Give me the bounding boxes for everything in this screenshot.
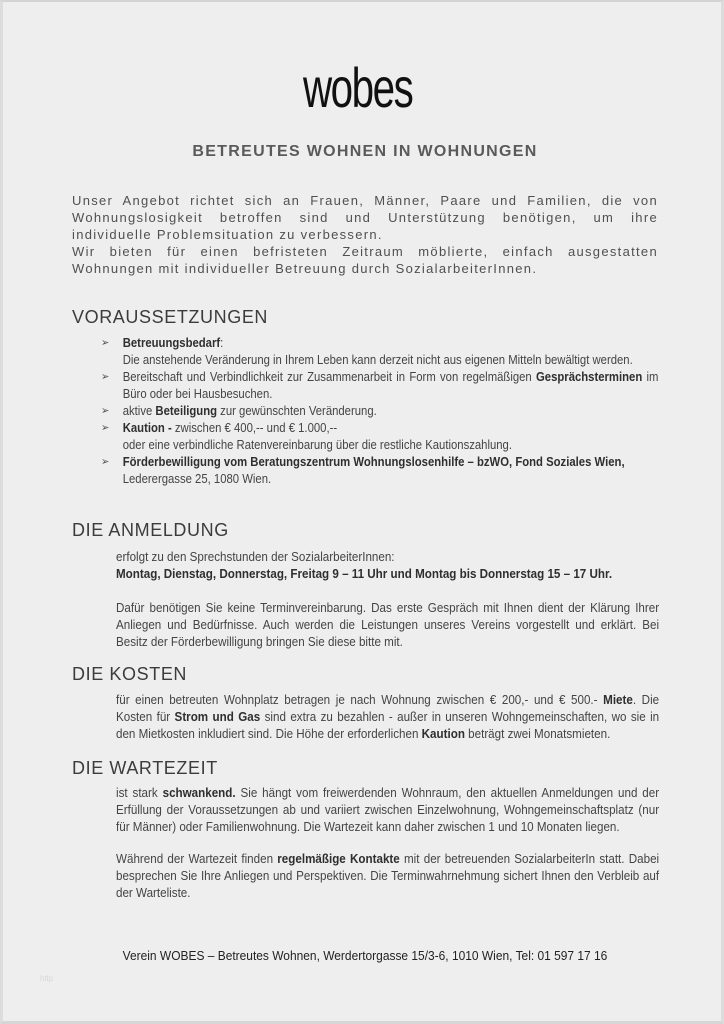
arrow-bullet-icon: ➢ bbox=[101, 403, 109, 420]
item-text: zur gewünschten Veränderung. bbox=[217, 404, 377, 418]
item-line2: oder eine verbindliche Ratenvereinbarung… bbox=[123, 438, 512, 452]
item-pre: Bereitschaft und Verbindlichkeit zur Zus… bbox=[123, 370, 536, 384]
item-text: : bbox=[220, 336, 223, 350]
bold-text: Miete bbox=[603, 693, 633, 707]
bold-text: Strom und Gas bbox=[175, 710, 261, 724]
intro-paragraph-2: Wir bieten für einen befristeten Zeitrau… bbox=[72, 243, 658, 277]
text: für einen betreuten Wohnplatz betragen j… bbox=[116, 693, 603, 707]
wartezeit-section: ist stark schwankend. Sie hängt vom frei… bbox=[116, 785, 659, 902]
kosten-section: für einen betreuten Wohnplatz betragen j… bbox=[116, 692, 659, 743]
faint-watermark: http bbox=[40, 974, 53, 983]
requirements-list: ➢ Betreuungsbedarf: Die anstehende Verän… bbox=[101, 335, 658, 488]
wartezeit-paragraph-1: ist stark schwankend. Sie hängt vom frei… bbox=[116, 785, 659, 836]
wartezeit-paragraph-2: Während der Wartezeit finden regelmäßige… bbox=[116, 851, 659, 902]
logo-text: wobes bbox=[303, 56, 412, 119]
arrow-bullet-icon: ➢ bbox=[101, 420, 109, 437]
heading-kosten: DIE KOSTEN bbox=[72, 664, 187, 685]
heading-anmeldung: DIE ANMELDUNG bbox=[72, 520, 229, 541]
kosten-paragraph: für einen betreuten Wohnplatz betragen j… bbox=[116, 692, 659, 743]
arrow-bullet-icon: ➢ bbox=[101, 454, 109, 471]
footer-contact: Verein WOBES – Betreutes Wohnen, Werdert… bbox=[32, 948, 698, 963]
bold-text: Kaution bbox=[422, 727, 465, 741]
list-item: ➢ Bereitschaft und Verbindlichkeit zur Z… bbox=[101, 369, 658, 403]
bold-text: schwankend. bbox=[163, 786, 236, 800]
intro-paragraph-1: Unser Angebot richtet sich an Frauen, Mä… bbox=[72, 192, 658, 243]
anmeldung-section: erfolgt zu den Sprechstunden der Soziala… bbox=[116, 549, 659, 651]
item-text: zwischen € 400,-- und € 1.000,-- bbox=[172, 421, 337, 435]
list-item: ➢ Betreuungsbedarf: Die anstehende Verän… bbox=[101, 335, 658, 369]
office-hours-text: Montag, Dienstag, Donnerstag, Freitag 9 … bbox=[116, 567, 612, 581]
list-item: ➢ aktive Beteiligung zur gewünschten Ver… bbox=[101, 403, 658, 420]
item-bold: Gesprächsterminen bbox=[536, 370, 642, 384]
bold-text: regelmäßige Kontakte bbox=[277, 852, 399, 866]
wobes-logo: wobes bbox=[303, 60, 389, 130]
item-bold: Förderbewilligung vom Beratungszentrum W… bbox=[123, 455, 625, 469]
anmeldung-paragraph: Dafür benötigen Sie keine Terminvereinba… bbox=[116, 600, 659, 651]
item-bold: Betreuungsbedarf bbox=[123, 336, 220, 350]
document-page: wobes BETREUTES WOHNEN IN WOHNUNGEN Unse… bbox=[0, 0, 724, 1024]
item-line2: Lederergasse 25, 1080 Wien. bbox=[123, 472, 271, 486]
item-line2: Die anstehende Veränderung in Ihrem Lebe… bbox=[123, 353, 633, 367]
text: ist stark bbox=[116, 786, 163, 800]
text: Während der Wartezeit finden bbox=[116, 852, 277, 866]
intro-text: Unser Angebot richtet sich an Frauen, Mä… bbox=[72, 192, 658, 277]
anmeldung-intro: erfolgt zu den Sprechstunden der Soziala… bbox=[116, 549, 659, 566]
heading-wartezeit: DIE WARTEZEIT bbox=[72, 758, 218, 779]
list-item: ➢ Kaution - zwischen € 400,-- und € 1.00… bbox=[101, 420, 658, 454]
heading-voraussetzungen: VORAUSSETZUNGEN bbox=[72, 307, 268, 328]
item-bold: Kaution - bbox=[123, 421, 172, 435]
arrow-bullet-icon: ➢ bbox=[101, 335, 109, 352]
item-pre: aktive bbox=[123, 404, 156, 418]
arrow-bullet-icon: ➢ bbox=[101, 369, 109, 386]
page-title: BETREUTES WOHNEN IN WOHNUNGEN bbox=[3, 143, 724, 161]
text: beträgt zwei Monatsmieten. bbox=[465, 727, 610, 741]
item-bold: Beteiligung bbox=[155, 404, 217, 418]
office-hours: Montag, Dienstag, Donnerstag, Freitag 9 … bbox=[116, 566, 659, 583]
list-item: ➢ Förderbewilligung vom Beratungszentrum… bbox=[101, 454, 658, 488]
